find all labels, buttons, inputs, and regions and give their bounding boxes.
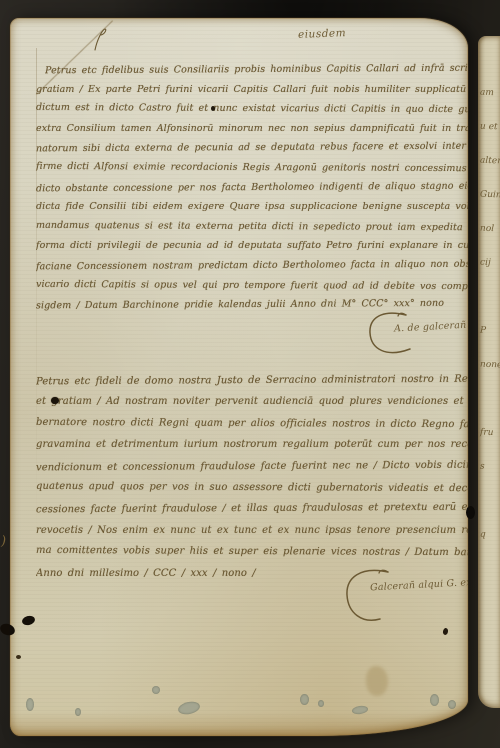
cut-off-text-fragment: Guint (479, 178, 500, 213)
cut-off-text-fragment: altero (479, 144, 500, 179)
manuscript-line: et gratiam / Ad nostram noviter pervenit… (36, 391, 468, 412)
cut-off-text-column: amu etalteroGuintnolcijPnonefrusq (480, 76, 500, 552)
manuscript-line: gratiam / Ex parte Petri furini vicarii … (36, 80, 468, 100)
cut-off-text-fragment (479, 280, 500, 315)
cut-off-text-fragment: u et (479, 110, 500, 145)
stain (300, 694, 309, 705)
stain (430, 694, 439, 706)
manuscript-line: Petrus etc fidelibus suis Consiliariis p… (45, 59, 468, 81)
gutter-shadow-notch (466, 506, 475, 519)
manuscript-line: dicto obstante concessione per nos facta… (36, 176, 468, 198)
manuscript-line: revocetis / Nos enim ex nunc ut ex tunc … (36, 520, 468, 541)
stain (26, 698, 34, 711)
cut-off-text-fragment (479, 382, 500, 417)
ink-blot (442, 628, 448, 636)
manuscript-line: vicario dicti Capitis si opus vel qui pr… (36, 274, 468, 296)
ink-blot (211, 106, 215, 111)
cut-off-text-fragment: cij (479, 246, 500, 281)
manuscript-line: forma dicti privilegii de pecunia ad id … (36, 236, 468, 256)
manuscript-line: ma comittentes vobis super hiis et super… (36, 540, 468, 564)
manuscript-line: extra Consilium tamen Alfonsinorū minoru… (36, 119, 468, 139)
manuscript-line: dictum est in dicto Castro fuit et nunc … (36, 98, 468, 120)
manuscript-page: eiusdem Petrus etc fidelibus suis Consil… (10, 18, 468, 736)
stain (448, 700, 456, 709)
ink-blot (21, 614, 36, 626)
entry-1-text: Petrus etc fidelibus suis Consiliariis p… (36, 60, 468, 315)
manuscript-line: cessiones facte fuerint fraudulose / et … (36, 497, 468, 521)
ink-blot (51, 397, 59, 404)
cut-off-text-fragment: q (479, 518, 500, 553)
cut-off-text-fragment: P (479, 314, 500, 349)
manuscript-line: dicta fide Consilii tibi eidem exigere Q… (36, 197, 468, 217)
cut-off-text-fragment: none (479, 348, 500, 383)
chancery-signature-2: Galcerañ alqui G. ex p° q° (342, 564, 468, 622)
manuscript-line: vendicionum et concessionum fraudulose f… (36, 454, 468, 478)
cut-off-text-fragment: s (479, 450, 500, 485)
cut-off-text-fragment: am (479, 76, 500, 111)
paraph-flourish-icon (366, 308, 412, 360)
stain (366, 666, 388, 696)
stain (318, 700, 324, 707)
adjacent-page-edge: amu etalteroGuintnolcijPnonefrusq (478, 36, 500, 708)
manuscript-line: firme dicti Alfonsi eximie recordacionis… (36, 157, 468, 179)
manuscript-line: mandamus quatenus si est ita externa pet… (36, 216, 468, 238)
paraph-flourish-icon (342, 566, 396, 626)
chancery-signature-1: A. de galcerañ p° T (366, 306, 468, 364)
marginal-flourish-icon (92, 26, 108, 52)
ink-blot (16, 655, 21, 659)
photo-background: eiusdem Petrus etc fidelibus suis Consil… (0, 0, 500, 748)
manuscript-line: gravamina et detrimentum iurium nostroru… (36, 434, 468, 455)
cut-off-text-fragment: fru (479, 416, 500, 451)
page-edge-discoloration (10, 712, 468, 736)
stain (152, 686, 160, 694)
manuscript-line: natorum sibi dicta externa de pecunia ad… (36, 137, 468, 159)
manuscript-line: quatenus apud quos per vos in suo assess… (36, 476, 468, 500)
pen-mark: ) (1, 534, 6, 549)
catchword: eiusdem (298, 27, 347, 41)
manuscript-line: Petrus etc fideli de domo nostra Justo d… (36, 369, 468, 393)
cut-off-text-fragment (479, 484, 500, 519)
entry-2-text: Petrus etc fideli de domo nostra Justo d… (36, 370, 468, 584)
manuscript-line: bernatore nostro dicti Regni quam per al… (36, 412, 468, 436)
manuscript-line: faciane Concessionem nostram predictam d… (36, 255, 468, 277)
cut-off-text-fragment: nol (479, 212, 500, 247)
